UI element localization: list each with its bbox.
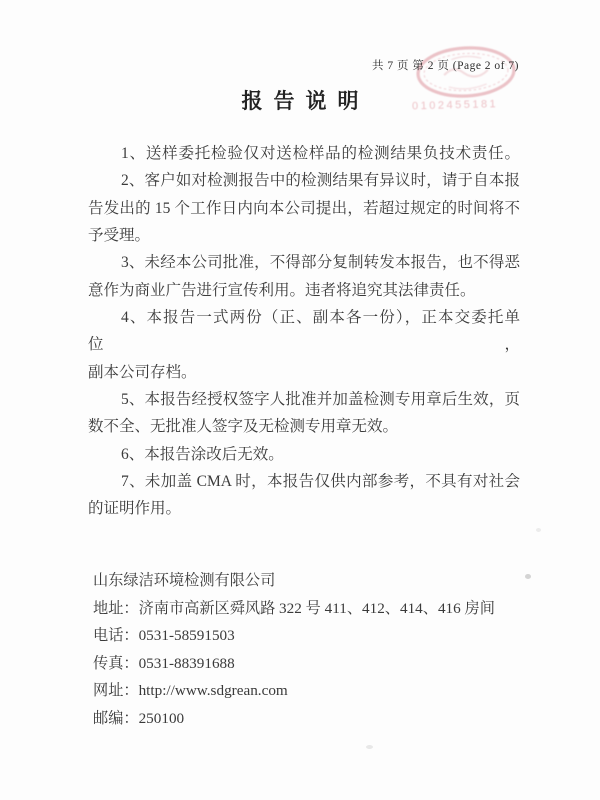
scan-speck — [525, 574, 531, 579]
company-contact-block: 山东绿洁环境检测有限公司 地址：济南市高新区舜风路 322 号 411、412、… — [93, 567, 533, 732]
body-line: 数不全、无批准人签字及无检测专用章无效。 — [88, 413, 520, 440]
company-postcode: 邮编：250100 — [93, 705, 533, 733]
body-line: 1、送样委托检验仅对送检样品的检测结果负技术责任。 — [88, 140, 520, 167]
body-line: 告发出的 15 个工作日内向本公司提出，若超过规定的时间将不 — [88, 195, 520, 222]
body-line: 副本公司存档。 — [88, 359, 520, 386]
company-fax: 传真：0531-88391688 — [93, 650, 533, 678]
company-name: 山东绿洁环境检测有限公司 — [93, 567, 533, 595]
body-line: 予受理。 — [88, 222, 520, 249]
company-phone: 电话：0531-58591503 — [93, 622, 533, 650]
report-notes-body: 1、送样委托检验仅对送检样品的检测结果负技术责任。 2、客户如对检测报告中的检测… — [88, 140, 520, 523]
company-website: 网址：http://www.sdgrean.com — [93, 677, 533, 705]
body-line: 2、客户如对检测报告中的检测结果有异议时，请于自本报 — [88, 167, 520, 194]
body-line: 7、未加盖 CMA 时，本报告仅供内部参考，不具有对社会 — [88, 468, 520, 495]
scan-speck — [366, 745, 373, 749]
body-line: 的证明作用。 — [88, 495, 520, 522]
body-line: 意作为商业广告进行宣传利用。违者将追究其法律责任。 — [88, 277, 520, 304]
body-line: 5、本报告经授权签字人批准并加盖检测专用章后生效，页 — [88, 386, 520, 413]
body-line: 6、本报告涂改后无效。 — [88, 441, 520, 468]
body-line: 4、本报告一式两份（正、副本各一份），正本交委托单位， — [88, 304, 520, 359]
document-page: 共 7 页 第 2 页 (Page 2 of 7) 0102455181 报告说… — [0, 0, 600, 800]
page-number: 共 7 页 第 2 页 (Page 2 of 7) — [372, 57, 519, 73]
body-line: 3、未经本公司批准，不得部分复制转发本报告，也不得恶 — [88, 249, 520, 276]
scan-speck — [536, 528, 541, 532]
company-address: 地址：济南市高新区舜风路 322 号 411、412、414、416 房间 — [93, 595, 533, 623]
